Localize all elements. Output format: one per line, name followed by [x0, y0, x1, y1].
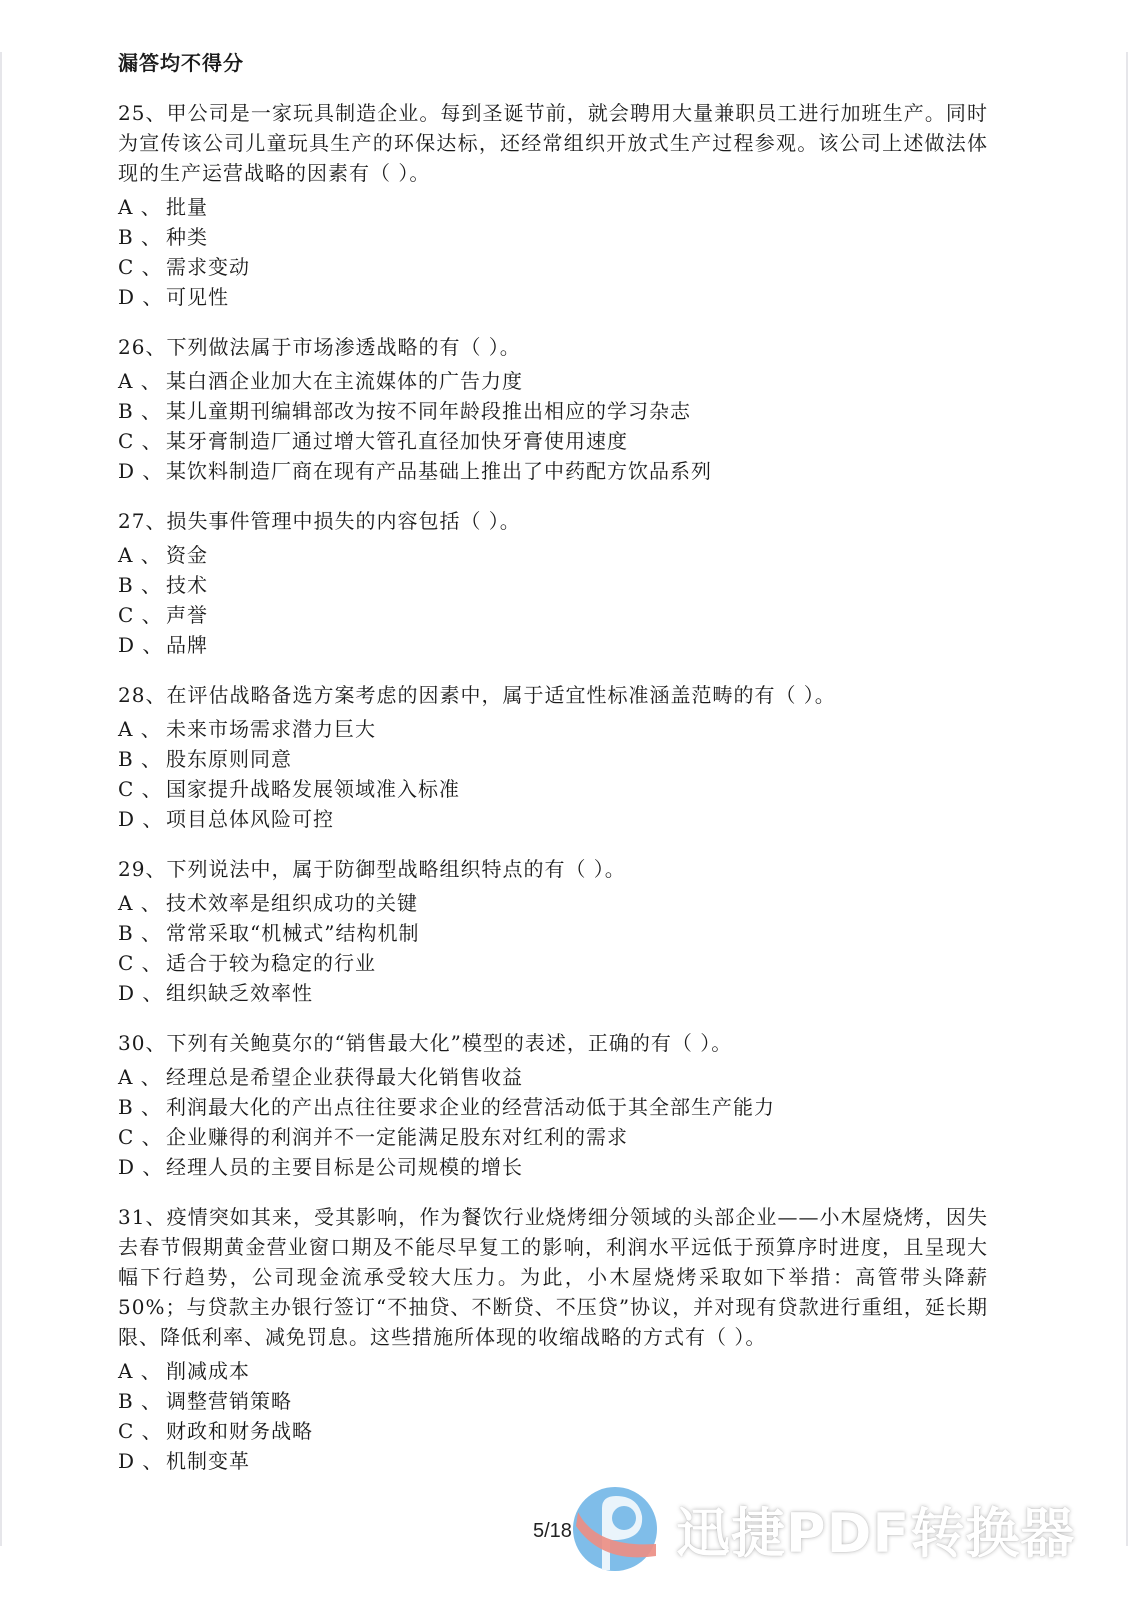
option-letter: A 、: [118, 714, 166, 744]
option-letter: A 、: [118, 366, 166, 396]
option-text: 组织缺乏效率性: [166, 978, 313, 1008]
option-c: C 、声誉: [118, 600, 988, 630]
question-27: 27、损失事件管理中损失的内容包括（ ）。 A 、资金 B 、技术 C 、声誉 …: [118, 506, 988, 660]
option-b: B 、某儿童期刊编辑部改为按不同年龄段推出相应的学习杂志: [118, 396, 988, 426]
option-text: 项目总体风险可控: [166, 804, 334, 834]
option-letter: C 、: [118, 948, 166, 978]
option-b: B 、常常采取“机械式”结构机制: [118, 918, 988, 948]
option-letter: C 、: [118, 600, 166, 630]
question-stem: 31、疫情突如其来，受其影响，作为餐饮行业烧烤细分领域的头部企业——小木屋烧烤，…: [118, 1202, 988, 1352]
option-a: A 、经理总是希望企业获得最大化销售收益: [118, 1062, 988, 1092]
option-d: D 、品牌: [118, 630, 988, 660]
option-letter: C 、: [118, 774, 166, 804]
option-c: C 、企业赚得的利润并不一定能满足股东对红利的需求: [118, 1122, 988, 1152]
document-content: 漏答均不得分 25、甲公司是一家玩具制造企业。每到圣诞节前，就会聘用大量兼职员工…: [118, 48, 988, 1496]
option-text: 资金: [166, 540, 208, 570]
option-text: 机制变革: [166, 1446, 250, 1476]
question-stem: 27、损失事件管理中损失的内容包括（ ）。: [118, 506, 988, 536]
option-text: 企业赚得的利润并不一定能满足股东对红利的需求: [166, 1122, 628, 1152]
option-text: 财政和财务战略: [166, 1416, 313, 1446]
option-letter: A 、: [118, 192, 166, 222]
option-letter: C 、: [118, 426, 166, 456]
watermark-text: 迅捷PDF转换器: [676, 1491, 1075, 1568]
option-letter: C 、: [118, 252, 166, 282]
option-letter: B 、: [118, 570, 166, 600]
option-text: 常常采取“机械式”结构机制: [166, 918, 419, 948]
option-b: B 、种类: [118, 222, 988, 252]
option-text: 品牌: [166, 630, 208, 660]
option-letter: D 、: [118, 804, 166, 834]
option-a: A 、技术效率是组织成功的关键: [118, 888, 988, 918]
option-text: 需求变动: [166, 252, 250, 282]
scoring-note: 漏答均不得分: [118, 48, 988, 78]
question-31: 31、疫情突如其来，受其影响，作为餐饮行业烧烤细分领域的头部企业——小木屋烧烤，…: [118, 1202, 988, 1476]
option-text: 适合于较为稳定的行业: [166, 948, 376, 978]
watermark: 迅捷PDF转换器: [572, 1486, 1075, 1572]
question-stem: 25、甲公司是一家玩具制造企业。每到圣诞节前，就会聘用大量兼职员工进行加班生产。…: [118, 98, 988, 188]
option-letter: A 、: [118, 1062, 166, 1092]
option-text: 未来市场需求潜力巨大: [166, 714, 376, 744]
option-b: B 、调整营销策略: [118, 1386, 988, 1416]
option-c: C 、适合于较为稳定的行业: [118, 948, 988, 978]
option-letter: A 、: [118, 888, 166, 918]
pdf-converter-logo-icon: [572, 1486, 658, 1572]
option-letter: D 、: [118, 456, 166, 486]
option-letter: A 、: [118, 540, 166, 570]
option-c: C 、某牙膏制造厂通过增大管孔直径加快牙膏使用速度: [118, 426, 988, 456]
option-c: C 、需求变动: [118, 252, 988, 282]
question-stem: 26、下列做法属于市场渗透战略的有（ ）。: [118, 332, 988, 362]
option-text: 某饮料制造厂商在现有产品基础上推出了中药配方饮品系列: [166, 456, 712, 486]
question-30: 30、下列有关鲍莫尔的“销售最大化”模型的表述，正确的有（ ）。 A 、经理总是…: [118, 1028, 988, 1182]
option-letter: C 、: [118, 1416, 166, 1446]
option-letter: B 、: [118, 222, 166, 252]
option-a: A 、某白酒企业加大在主流媒体的广告力度: [118, 366, 988, 396]
option-text: 技术: [166, 570, 208, 600]
option-letter: D 、: [118, 1152, 166, 1182]
option-text: 声誉: [166, 600, 208, 630]
option-letter: B 、: [118, 1092, 166, 1122]
option-a: A 、削减成本: [118, 1356, 988, 1386]
option-c: C 、国家提升战略发展领域准入标准: [118, 774, 988, 804]
option-letter: B 、: [118, 918, 166, 948]
option-a: A 、资金: [118, 540, 988, 570]
option-letter: D 、: [118, 282, 166, 312]
option-letter: D 、: [118, 1446, 166, 1476]
question-28: 28、在评估战略备选方案考虑的因素中，属于适宜性标准涵盖范畴的有（ ）。 A 、…: [118, 680, 988, 834]
option-text: 利润最大化的产出点往往要求企业的经营活动低于其全部生产能力: [166, 1092, 775, 1122]
option-b: B 、股东原则同意: [118, 744, 988, 774]
option-text: 削减成本: [166, 1356, 250, 1386]
option-d: D 、某饮料制造厂商在现有产品基础上推出了中药配方饮品系列: [118, 456, 988, 486]
option-text: 种类: [166, 222, 208, 252]
option-text: 可见性: [166, 282, 229, 312]
option-text: 股东原则同意: [166, 744, 292, 774]
option-letter: B 、: [118, 744, 166, 774]
question-stem: 30、下列有关鲍莫尔的“销售最大化”模型的表述，正确的有（ ）。: [118, 1028, 988, 1058]
option-letter: B 、: [118, 1386, 166, 1416]
option-letter: D 、: [118, 978, 166, 1008]
option-d: D 、可见性: [118, 282, 988, 312]
question-26: 26、下列做法属于市场渗透战略的有（ ）。 A 、某白酒企业加大在主流媒体的广告…: [118, 332, 988, 486]
option-text: 某儿童期刊编辑部改为按不同年龄段推出相应的学习杂志: [166, 396, 691, 426]
option-c: C 、财政和财务战略: [118, 1416, 988, 1446]
option-letter: D 、: [118, 630, 166, 660]
option-text: 经理总是希望企业获得最大化销售收益: [166, 1062, 523, 1092]
option-letter: B 、: [118, 396, 166, 426]
option-d: D 、项目总体风险可控: [118, 804, 988, 834]
option-a: A 、批量: [118, 192, 988, 222]
option-b: B 、利润最大化的产出点往往要求企业的经营活动低于其全部生产能力: [118, 1092, 988, 1122]
question-25: 25、甲公司是一家玩具制造企业。每到圣诞节前，就会聘用大量兼职员工进行加班生产。…: [118, 98, 988, 312]
question-29: 29、下列说法中，属于防御型战略组织特点的有（ ）。 A 、技术效率是组织成功的…: [118, 854, 988, 1008]
page-number: 5/18: [533, 1520, 572, 1543]
option-d: D 、经理人员的主要目标是公司规模的增长: [118, 1152, 988, 1182]
question-stem: 28、在评估战略备选方案考虑的因素中，属于适宜性标准涵盖范畴的有（ ）。: [118, 680, 988, 710]
option-d: D 、机制变革: [118, 1446, 988, 1476]
question-stem: 29、下列说法中，属于防御型战略组织特点的有（ ）。: [118, 854, 988, 884]
option-text: 某白酒企业加大在主流媒体的广告力度: [166, 366, 523, 396]
option-b: B 、技术: [118, 570, 988, 600]
option-text: 技术效率是组织成功的关键: [166, 888, 418, 918]
option-a: A 、未来市场需求潜力巨大: [118, 714, 988, 744]
option-text: 国家提升战略发展领域准入标准: [166, 774, 460, 804]
option-letter: A 、: [118, 1356, 166, 1386]
option-text: 批量: [166, 192, 208, 222]
option-text: 经理人员的主要目标是公司规模的增长: [166, 1152, 523, 1182]
option-d: D 、组织缺乏效率性: [118, 978, 988, 1008]
option-text: 调整营销策略: [166, 1386, 292, 1416]
option-text: 某牙膏制造厂通过增大管孔直径加快牙膏使用速度: [166, 426, 628, 456]
option-letter: C 、: [118, 1122, 166, 1152]
